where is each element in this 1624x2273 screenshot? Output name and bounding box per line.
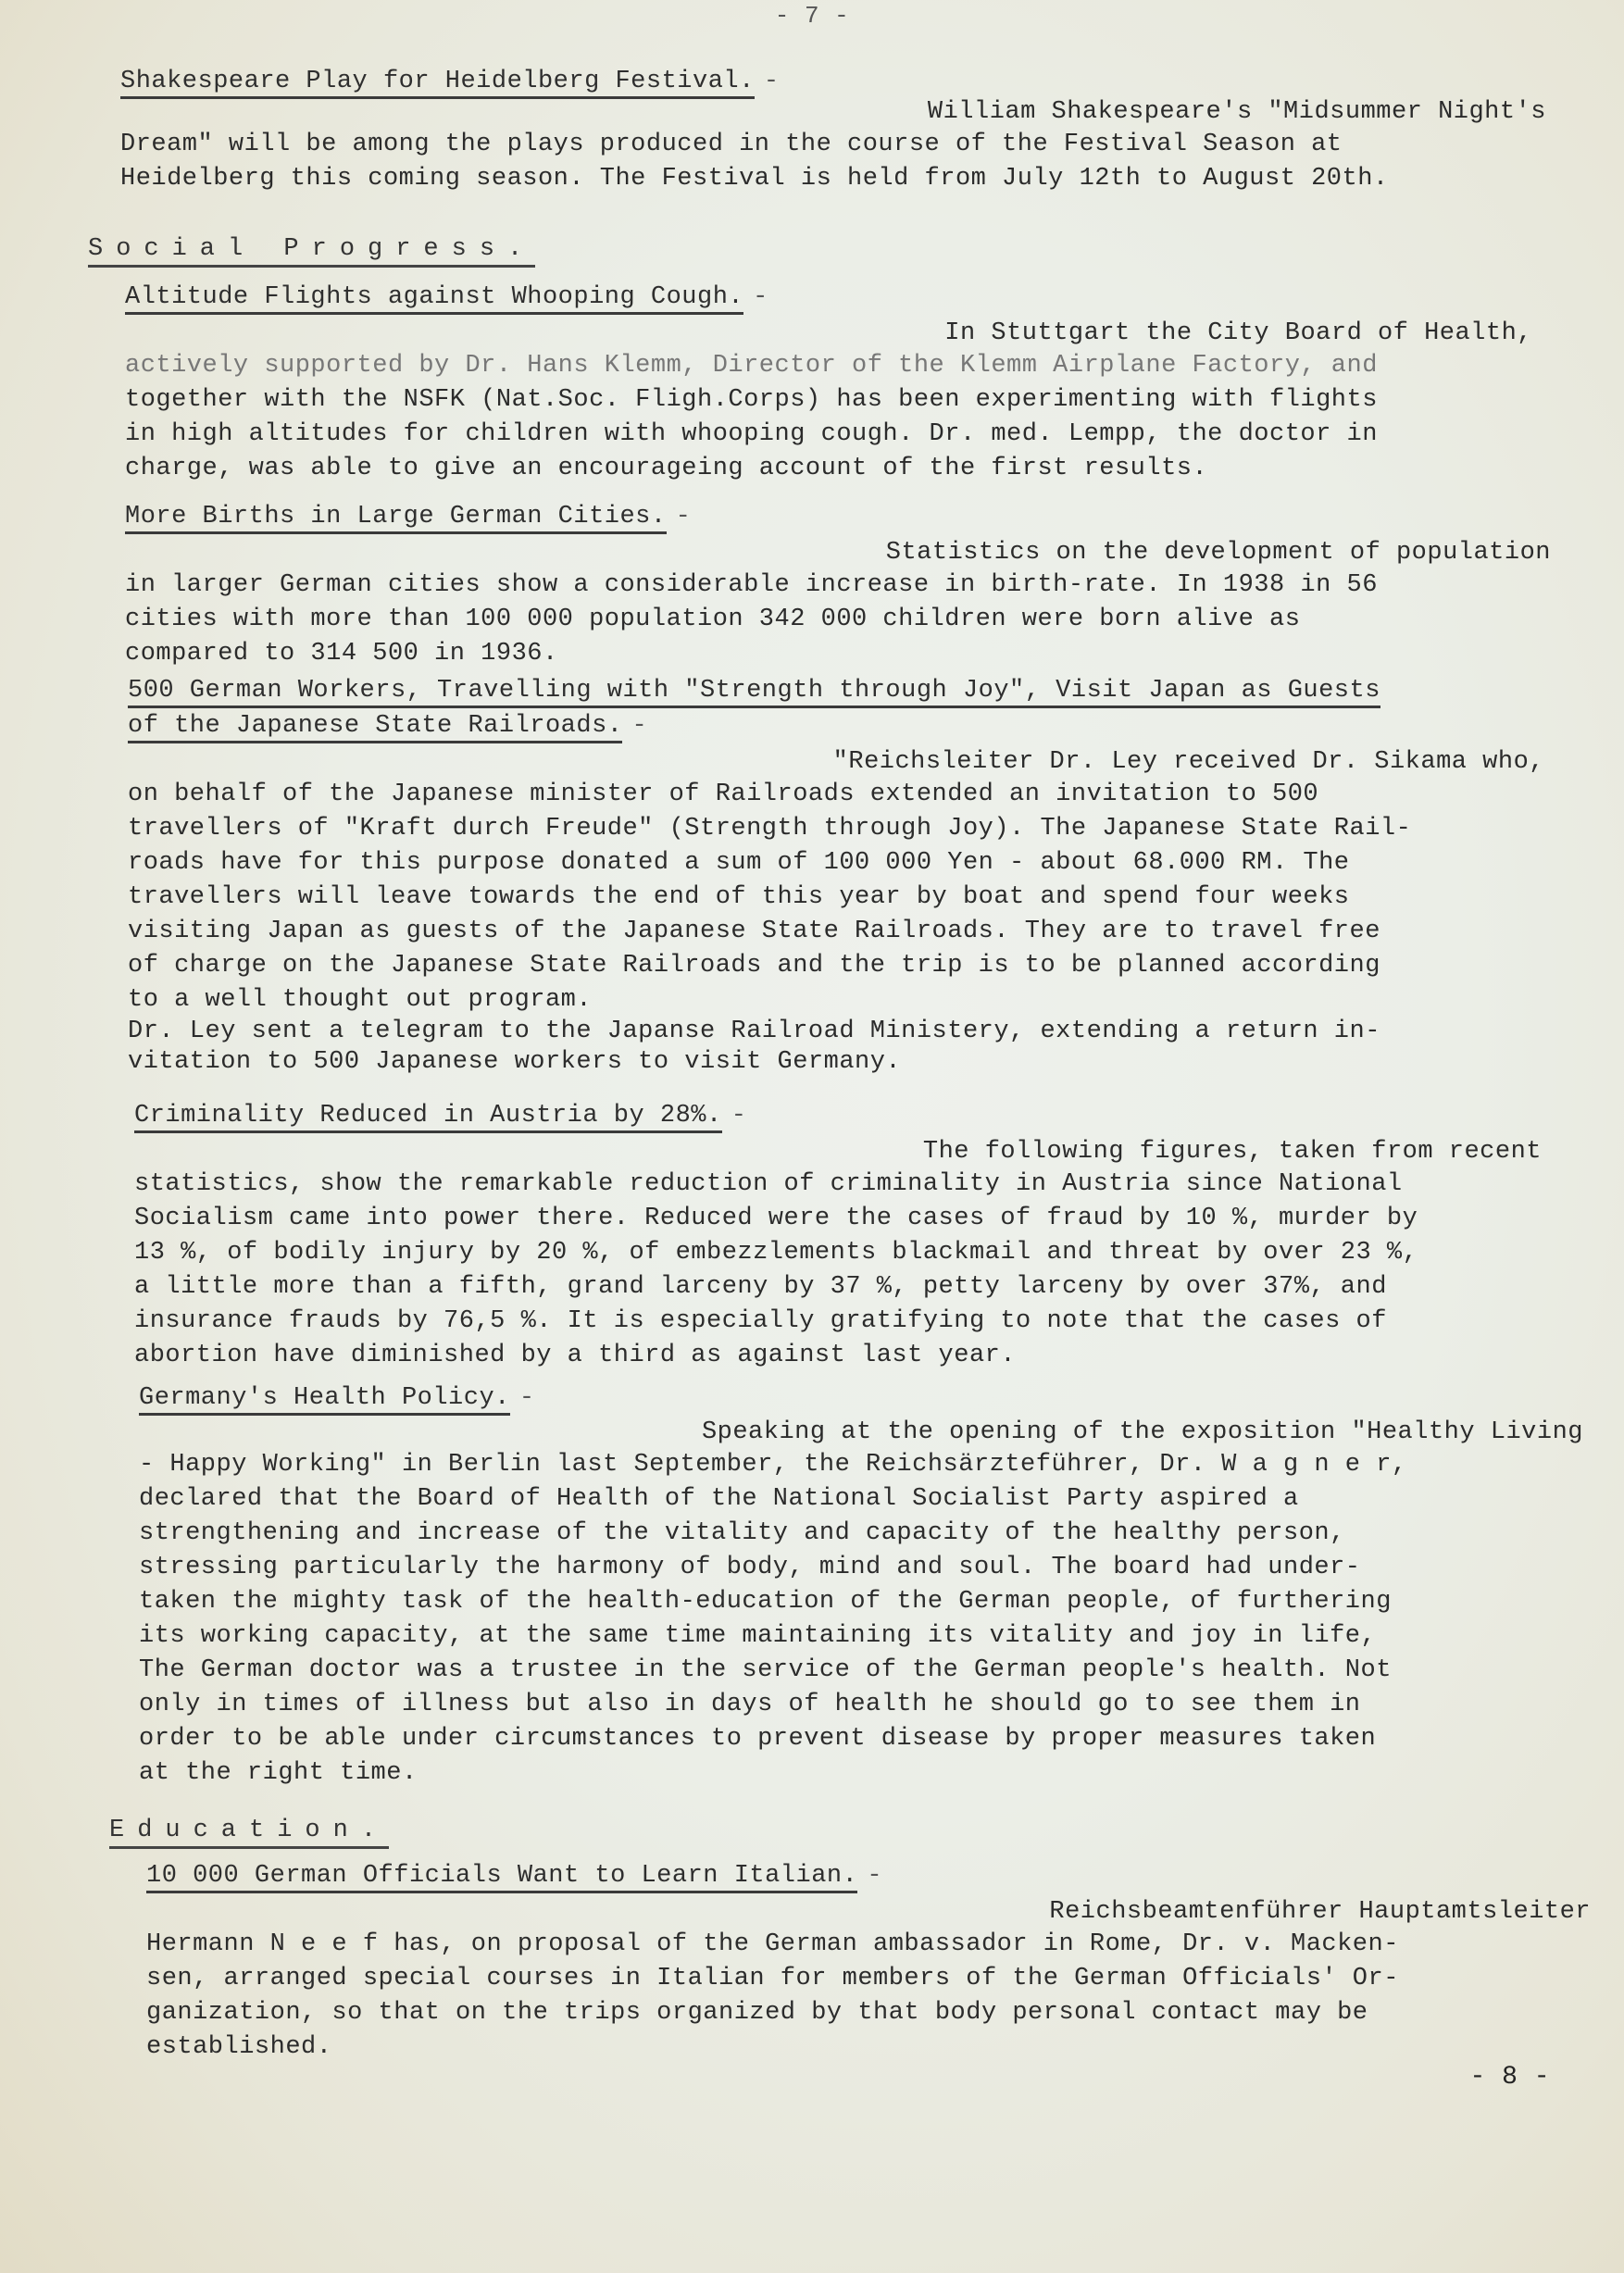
article-officials-italian: 10 000 German Officials Want to Learn It… bbox=[146, 1859, 1591, 2065]
body-line: cities with more than 100 000 population… bbox=[125, 603, 1569, 637]
article-headline: Germany's Health Policy. bbox=[139, 1384, 510, 1416]
body-line: at the right time. bbox=[139, 1756, 1583, 1791]
article-headline: Altitude Flights against Whooping Cough. bbox=[125, 283, 743, 315]
article-more-births: More Births in Large German Cities.- Sta… bbox=[125, 500, 1569, 671]
article-lead: Statistics on the development of populat… bbox=[125, 537, 1569, 568]
body-line: strengthening and increase of the vitali… bbox=[139, 1517, 1583, 1551]
body-line: statistics, show the remarkable reductio… bbox=[134, 1168, 1579, 1202]
body-line: ganization, so that on the trips organiz… bbox=[146, 1996, 1591, 2030]
body-line: roads have for this purpose donated a su… bbox=[128, 846, 1572, 880]
article-headline-line-1: 500 German Workers, Travelling with "Str… bbox=[128, 677, 1380, 708]
body-line: in high altitudes for children with whoo… bbox=[125, 418, 1569, 452]
document-page: - 7 - Shakespeare Play for Heidelberg Fe… bbox=[0, 0, 1624, 2273]
body-line: to a well thought out program. bbox=[128, 983, 1572, 1018]
article-headline: Shakespeare Play for Heidelberg Festival… bbox=[120, 68, 755, 99]
article-headline: More Births in Large German Cities. bbox=[125, 503, 667, 534]
article-lead: Speaking at the opening of the expositio… bbox=[139, 1417, 1583, 1448]
article-lead: Reichsbeamtenführer Hauptamtsleiter bbox=[146, 1896, 1591, 1928]
body-line: - Happy Working" in Berlin last Septembe… bbox=[139, 1448, 1583, 1482]
body-line: Dream" will be among the plays produced … bbox=[120, 128, 1565, 162]
body-line: together with the NSFK (Nat.Soc. Fligh.C… bbox=[125, 383, 1569, 418]
article-lead: William Shakespeare's "Midsummer Night's bbox=[120, 96, 1565, 128]
article-headline: Criminality Reduced in Austria by 28%. bbox=[134, 1102, 722, 1133]
body-line: travellers of "Kraft durch Freude" (Stre… bbox=[128, 812, 1572, 846]
body-line: established. bbox=[146, 2030, 1591, 2065]
body-line: actively supported by Dr. Hans Klemm, Di… bbox=[125, 349, 1569, 383]
body-line: 13 %, of bodily injury by 20 %, of embez… bbox=[134, 1236, 1579, 1270]
body-line: on behalf of the Japanese minister of Ra… bbox=[128, 778, 1572, 812]
body-line: sen, arranged special courses in Italian… bbox=[146, 1962, 1591, 1996]
article-japan-visit: 500 German Workers, Travelling with "Str… bbox=[128, 674, 1572, 1080]
body-line: its working capacity, at the same time m… bbox=[139, 1619, 1583, 1654]
article-lead: The following figures, taken from recent bbox=[134, 1136, 1579, 1168]
article-headline: 10 000 German Officials Want to Learn It… bbox=[146, 1862, 857, 1893]
body-line: Heidelberg this coming season. The Festi… bbox=[120, 162, 1565, 196]
body-line: compared to 314 500 in 1936. bbox=[125, 637, 1569, 671]
body-line: insurance frauds by 76,5 %. It is especi… bbox=[134, 1305, 1579, 1339]
body-line: Hermann N e e f has, on proposal of the … bbox=[146, 1928, 1591, 1962]
body-line: only in times of illness but also in day… bbox=[139, 1688, 1583, 1722]
body-line: vitation to 500 Japanese workers to visi… bbox=[128, 1045, 1572, 1080]
article-headline-line-2: of the Japanese State Railroads. bbox=[128, 712, 622, 743]
body-line: of charge on the Japanese State Railroad… bbox=[128, 949, 1572, 983]
article-health-policy: Germany's Health Policy.- Speaking at th… bbox=[139, 1381, 1583, 1791]
article-lead: In Stuttgart the City Board of Health, bbox=[125, 318, 1569, 349]
body-line: order to be able under circumstances to … bbox=[139, 1722, 1583, 1756]
page-number-bottom: - 8 - bbox=[1469, 2063, 1550, 2092]
body-line: in larger German cities show a considera… bbox=[125, 568, 1569, 603]
article-lead: "Reichsleiter Dr. Ley received Dr. Sikam… bbox=[128, 746, 1572, 778]
section-title-education: Education. bbox=[109, 1817, 389, 1849]
body-line: The German doctor was a trustee in the s… bbox=[139, 1654, 1583, 1688]
section-title-social-progress: Social Progress. bbox=[88, 235, 535, 268]
body-line: visiting Japan as guests of the Japanese… bbox=[128, 915, 1572, 949]
body-line: Dr. Ley sent a telegram to the Japanse R… bbox=[128, 1018, 1572, 1045]
body-line: travellers will leave towards the end of… bbox=[128, 880, 1572, 915]
article-criminality: Criminality Reduced in Austria by 28%.- … bbox=[134, 1099, 1579, 1373]
body-line: abortion have diminished by a third as a… bbox=[134, 1339, 1579, 1373]
body-line: taken the mighty task of the health-educ… bbox=[139, 1585, 1583, 1619]
body-line: declared that the Board of Health of the… bbox=[139, 1482, 1583, 1517]
body-line: Socialism came into power there. Reduced… bbox=[134, 1202, 1579, 1236]
body-line: charge, was able to give an encourageing… bbox=[125, 452, 1569, 486]
article-altitude-flights: Altitude Flights against Whooping Cough.… bbox=[125, 281, 1569, 486]
article-shakespeare: Shakespeare Play for Heidelberg Festival… bbox=[120, 65, 1565, 196]
page-number-top: - 7 - bbox=[0, 2, 1624, 30]
body-line: stressing particularly the harmony of bo… bbox=[139, 1551, 1583, 1585]
body-line: a little more than a fifth, grand larcen… bbox=[134, 1270, 1579, 1305]
